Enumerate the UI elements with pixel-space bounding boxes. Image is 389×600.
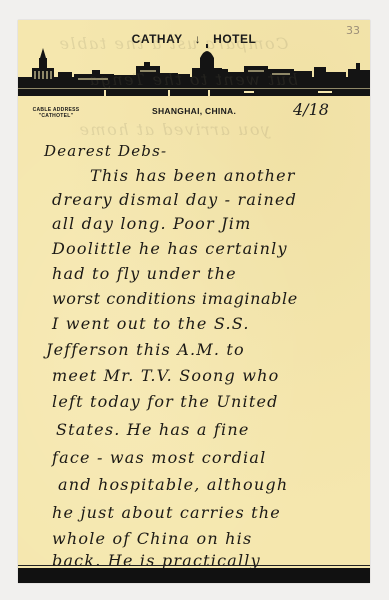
letter-line: had to fly under the (52, 264, 237, 283)
letter-line: left today for the United (52, 392, 279, 411)
letter-body: Dearest Debs- This has been another drea… (18, 20, 370, 583)
letter-line: dreary dismal day - rained (52, 190, 297, 209)
letter-line: This has been another (90, 166, 296, 185)
letter-line: whole of China on his (52, 529, 252, 548)
letter-line: I went out to the S.S. (52, 314, 250, 333)
letter-line: Jefferson this A.M. to (46, 340, 245, 359)
letter-page: 33 CATHAY↓HOTEL (18, 20, 370, 583)
letter-line: States. He has a fine (56, 420, 250, 439)
letter-line: meet Mr. T.V. Soong who (52, 366, 280, 385)
letter-line: face - was most cordial (52, 448, 266, 467)
letter-line: Doolittle he has certainly (52, 239, 288, 258)
footer-band (18, 568, 370, 583)
letter-line: all day long. Poor Jim (52, 214, 251, 233)
letter-line: he just about carries the (52, 503, 281, 522)
footer-rule (18, 565, 370, 566)
salutation: Dearest Debs- (44, 142, 167, 160)
letter-line: worst conditions imaginable (52, 289, 298, 308)
letter-line: and hospitable, although (58, 475, 288, 494)
